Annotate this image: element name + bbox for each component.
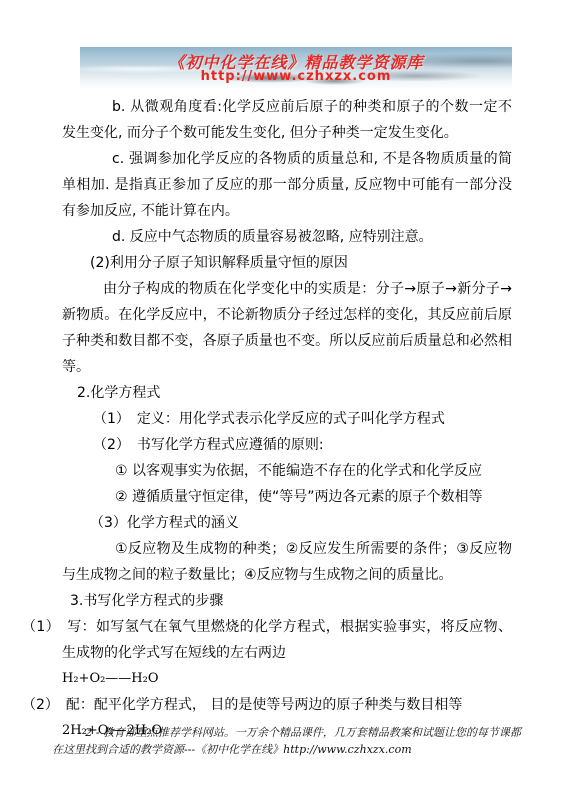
formula-unbalanced: H₂+O₂——H₂O	[62, 666, 512, 692]
step-write: （1） 写：如写氢气在氧气里燃烧的化学方程式，根据实验事实，将反应物、生成物的化…	[62, 614, 512, 666]
para-molecule-explanation: 由分子构成的物质在化学变化中的实质是：分子→原子→新分子→新物质。在化学反应中，…	[62, 276, 512, 380]
document-page: 《初中化学在线》精品教学资源库 http://www.czhxzx.com b.…	[0, 0, 573, 810]
banner-url: http://www.czhxzx.com	[80, 69, 512, 84]
heading-writing-steps: 3.书写化学方程式的步骤	[62, 588, 512, 614]
page-footer: - 2 - 教育部重点推荐学科网站。一万余个精品课件，几万套精品教案和试题让您的…	[52, 724, 524, 758]
heading-mass-conservation-reason: (2)利用分子原子知识解释质量守恒的原因	[62, 250, 512, 276]
item-equation-meaning: （3）化学方程式的涵义	[62, 510, 512, 536]
item-writing-principles: （2） 书写化学方程式应遵循的原则:	[62, 432, 512, 458]
step-balance: （2） 配：配平化学方程式， 目的是使等号两边的原子种类与数目相等	[62, 692, 512, 718]
heading-chemical-equation: 2.化学方程式	[62, 380, 512, 406]
principle-2: ② 遵循质量守恒定律，使“等号”两边各元素的原子个数相等	[62, 484, 512, 510]
site-banner: 《初中化学在线》精品教学资源库 http://www.czhxzx.com	[80, 47, 512, 89]
document-body: b. 从微观角度看:化学反应前后原子的种类和原子的个数一定不发生变化, 而分子个…	[62, 94, 512, 744]
item-definition: （1） 定义：用化学式表示化学反应的式子叫化学方程式	[62, 406, 512, 432]
para-point-b: b. 从微观角度看:化学反应前后原子的种类和原子的个数一定不发生变化, 而分子个…	[62, 94, 512, 146]
para-point-d: d. 反应中气态物质的质量容易被忽略, 应特别注意。	[62, 224, 512, 250]
principle-1: ① 以客观事实为依据，不能编造不存在的化学式和化学反应	[62, 458, 512, 484]
para-point-c: c. 强调参加化学反应的各物质的质量总和, 不是各物质质量的简单相加. 是指真正…	[62, 146, 512, 224]
para-meaning-details: ①反应物及生成物的种类；②反应发生所需要的条件；③反应物与生成物之间的粒子数量比…	[62, 536, 512, 588]
